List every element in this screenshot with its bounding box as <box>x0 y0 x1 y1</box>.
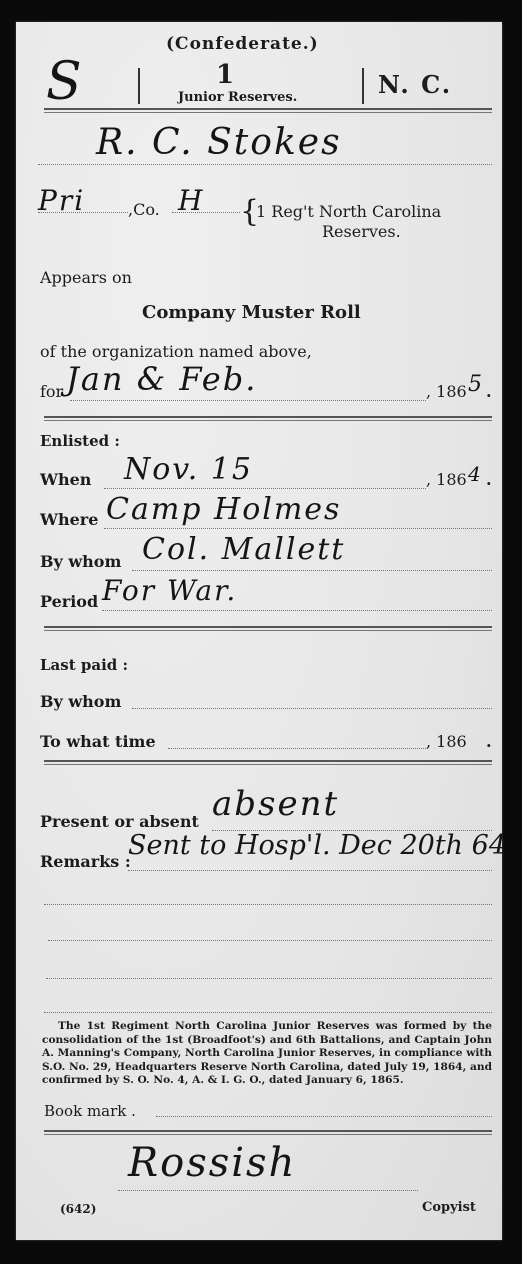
header-rule <box>44 108 492 113</box>
where-label: Where <box>40 510 98 529</box>
section-rule-3 <box>44 760 492 765</box>
confederate-heading: (Confederate.) <box>166 34 319 54</box>
remarks-label: Remarks : <box>40 852 131 871</box>
by-whom-value: Col. Mallett <box>142 532 345 567</box>
company-line <box>172 212 240 213</box>
book-mark-line <box>156 1116 492 1117</box>
of-organization-label: of the organization named above, <box>40 342 312 361</box>
when-year-prefix: , 186 <box>426 470 467 489</box>
state-abbrev: N. C. <box>378 70 452 99</box>
copyist-label: Copyist <box>422 1200 476 1215</box>
book-mark-label: Book mark . <box>44 1102 136 1120</box>
for-year-suffix: 5 <box>468 372 484 397</box>
period-value: For War. <box>102 574 237 607</box>
section-rule-2 <box>44 626 492 631</box>
period-line <box>102 610 492 611</box>
rank-line <box>38 212 128 213</box>
unit-number: 1 <box>216 60 234 90</box>
period-label: Period <box>40 592 98 611</box>
remarks-line-2 <box>44 904 492 905</box>
where-value: Camp Holmes <box>106 492 341 527</box>
unit-name: Junior Reserves. <box>178 90 297 105</box>
regiment-line-1: 1 Reg't North Carolina <box>256 202 441 221</box>
for-label: for <box>40 382 63 401</box>
when-label: When <box>40 470 91 489</box>
name-line <box>38 164 492 165</box>
enlisted-heading: Enlisted : <box>40 432 120 450</box>
remarks-line-5 <box>44 1012 492 1013</box>
regiment-footnote: The 1st Regiment North Carolina Junior R… <box>42 1020 492 1088</box>
copyist-line <box>118 1190 418 1191</box>
remarks-line-3 <box>48 940 492 941</box>
to-what-time-period: . <box>486 732 492 751</box>
header-divider-left <box>138 68 140 104</box>
header-divider-right <box>362 68 364 104</box>
regiment-line-2: Reserves. <box>322 222 401 241</box>
for-line <box>70 400 426 401</box>
footer-rule <box>44 1130 492 1135</box>
to-what-time-year-prefix: , 186 <box>426 732 467 751</box>
last-paid-heading: Last paid : <box>40 656 128 674</box>
last-paid-by-whom-line <box>132 708 492 709</box>
appears-on-label: Appears on <box>40 268 132 287</box>
remarks-line-1 <box>128 870 492 871</box>
present-absent-value: absent <box>212 784 339 824</box>
section-rule-1 <box>44 416 492 421</box>
roll-title: Company Muster Roll <box>142 302 361 323</box>
form-number: (642) <box>60 1202 96 1216</box>
remarks-line-4 <box>46 978 492 979</box>
where-line <box>104 528 492 529</box>
last-paid-by-whom-label: By whom <box>40 692 121 711</box>
when-line <box>104 488 426 489</box>
for-value: Jan & Feb. <box>66 360 257 398</box>
company-label: ,Co. <box>128 200 160 219</box>
remarks-value: Sent to Hosp'l. Dec 20th 64 <box>128 830 506 861</box>
present-absent-label: Present or absent <box>40 812 199 831</box>
by-whom-label: By whom <box>40 552 121 571</box>
initial-letter: S <box>46 52 84 112</box>
by-whom-line <box>132 570 492 571</box>
for-year-prefix: , 186 <box>426 382 467 401</box>
to-what-time-line <box>168 748 426 749</box>
soldier-name: R. C. Stokes <box>96 122 342 163</box>
when-year-suffix: 4 <box>468 462 483 486</box>
when-period: . <box>486 470 492 489</box>
to-what-time-label: To what time <box>40 732 156 751</box>
copyist-signature: Rossish <box>128 1140 296 1186</box>
muster-roll-card: (Confederate.) S 1 Junior Reserves. N. C… <box>16 22 502 1240</box>
when-value: Nov. 15 <box>124 452 253 487</box>
for-period: . <box>486 382 492 401</box>
